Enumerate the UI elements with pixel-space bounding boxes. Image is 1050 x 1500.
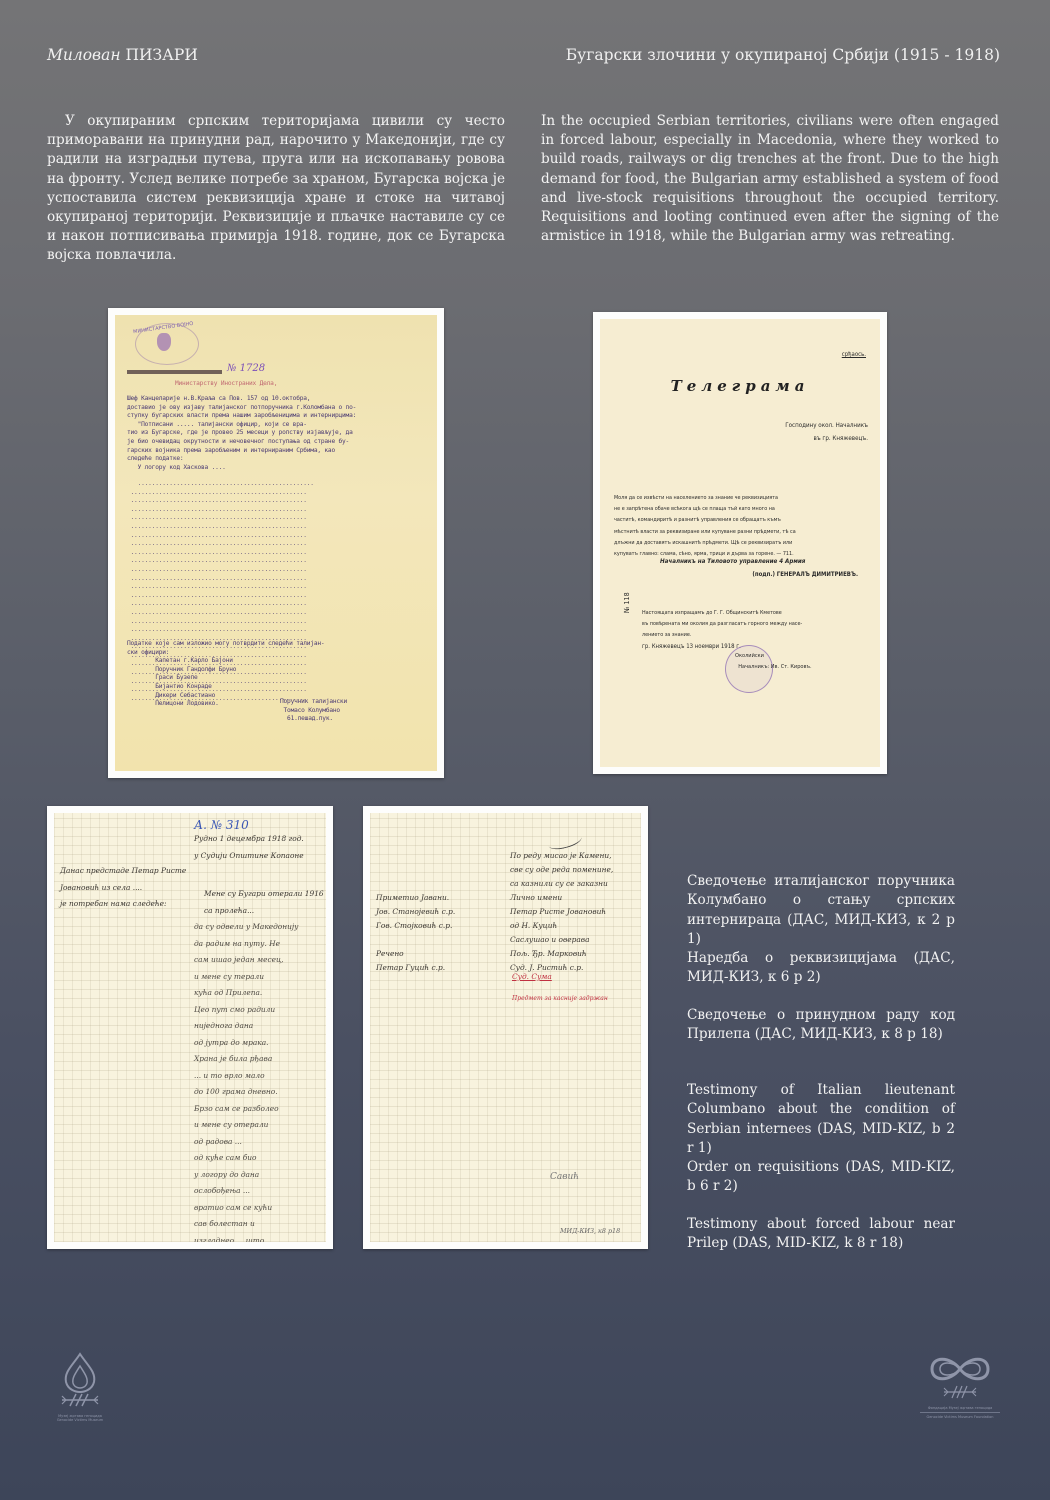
doc4-left-text: Приметио Јавани. Јов. Станојевић с.р. Го… — [376, 891, 455, 975]
caption-sr-3: Сведочење о принудном раду код Прилепа (… — [687, 1006, 955, 1045]
doc2-signoff: Околийски Началникъ: Ив. Ст. Кировъ. — [735, 651, 812, 673]
logo-genocide-victims-museum-foundation: Фондација Музеј жртава геноцида Genocide… — [920, 1352, 1000, 1419]
author-last-name: ПИЗАРИ — [125, 46, 197, 64]
document-image-testimony-prilep-page1[interactable]: А. № 310 Рудно 1 децембра 1918 год. у Су… — [47, 806, 333, 1249]
logo-divider — [920, 1412, 1000, 1413]
author-first-name: Милован — [47, 46, 121, 64]
doc4-signature: Савић — [550, 1169, 579, 1186]
doc1-body: Шеф Канцеларије н.В.Краља са Пов. 157 од… — [127, 395, 427, 472]
doc2-forward: Настоящата изпращамъ до Г. Г. Общинскитѣ… — [642, 608, 872, 642]
register-number: № 1728 — [227, 363, 265, 374]
doc3-left-note: Данас предстаде Петар Ристе Јовановић из… — [60, 863, 186, 913]
caption-en-3: Testimony about forced labour near Prile… — [687, 1215, 955, 1254]
doc4-red-note: Суд. Сума — [512, 969, 552, 986]
doc2-corner-note: срђаось. — [842, 349, 866, 360]
redacted-line — [127, 370, 222, 374]
crest-icon — [157, 333, 171, 351]
doc2-place-date: гр. Княжевецъ 13 ноември 1918 г. — [642, 641, 741, 652]
caption-en-1: Testimony of Italian lieutenant Columban… — [687, 1081, 955, 1158]
doc3-body: Мене су Бугари отерали 1916 г. са пролећ… — [204, 886, 326, 919]
doc3-body-continued: дa cу oдвели y Mакедонију да радим на пу… — [194, 919, 298, 1242]
doc2-addressee: Господину окол. Началникъ въ гр. Княжеве… — [785, 419, 868, 445]
doc2-sender: Началникъ на Тиловото управление 4 Армия — [660, 556, 805, 567]
flame-barbed-wire-icon — [48, 1352, 112, 1410]
infinity-knot-barbed-wire-icon — [920, 1352, 1000, 1402]
author-name: Милован ПИЗАРИ — [47, 46, 198, 64]
document-image-testimony-prilep-page2[interactable]: По реду мисао је Камени, све су оде реда… — [363, 806, 648, 1249]
doc2-number: № 118 — [622, 592, 633, 613]
doc1-signature: Поручник талијански Томасо Колумбано 61.… — [280, 698, 427, 724]
doc2-body: Моля да се извѣсти на населението за зна… — [614, 493, 872, 560]
intro-serbian: У окупираним српским територијама цивили… — [47, 112, 505, 266]
caption-sr-1: Сведочење италијанског поручника Колумба… — [687, 872, 955, 949]
caption-sr-2: Наредба о реквизицијама (ДАС, МИД-КИЗ, к… — [687, 949, 955, 988]
logo-right-line2: Genocide Victims Museum Foundation — [920, 1415, 1000, 1419]
document-image-telegram-requisitions[interactable]: срђаось. Телеграма Господину окол. Начал… — [593, 312, 887, 774]
doc2-sender-signature: (подп.) ГЕНЕРАЛЪ ДИМИТРИЕВЪ. — [752, 569, 858, 580]
page-title: Бугарски злочини у окупираној Србији (19… — [566, 46, 1000, 64]
logo-right-line1: Фондација Музеј жртава геноцида — [920, 1406, 1000, 1410]
caption-en-2: Order on requisitions (DAS, MID-KIZ, b 6… — [687, 1158, 955, 1197]
doc3-header: Рудно 1 децембра 1918 год. у Судији Општ… — [194, 831, 304, 864]
doc1-recipient: Министарству Иностраних Дела, — [175, 380, 427, 389]
doc2-title: Телеграма — [600, 377, 880, 395]
intro-english: In the occupied Serbian territories, civ… — [541, 112, 999, 246]
doc4-red-note-2: Предмет за касније задржан — [512, 991, 608, 1008]
doc4-archive-mark: МИД-КИЗ, к8 р18 — [560, 1223, 620, 1240]
logo-genocide-victims-museum: Музеј жртава геноцида Genocide Victims M… — [48, 1352, 112, 1422]
document-image-testimony-columbano[interactable]: МИНИСТАРСТВО ВОЈНО № 1728 Министарству И… — [108, 308, 444, 778]
logo-left-line2: Genocide Victims Museum — [48, 1418, 112, 1422]
doc4-top-text: По реду мисао је Камени, све су оде реда… — [510, 849, 613, 933]
